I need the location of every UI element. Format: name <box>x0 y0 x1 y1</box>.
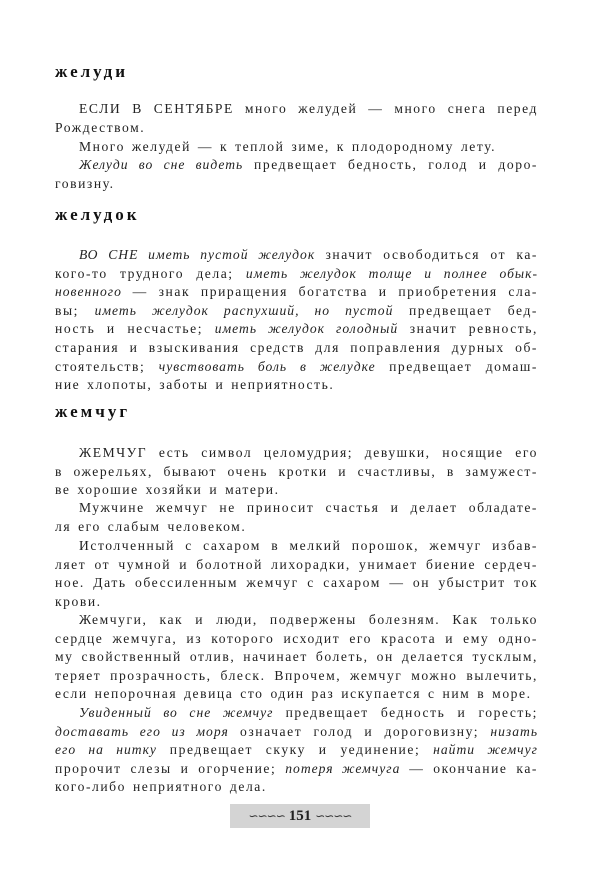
text-line: кого-то трудного дела; иметь желудок тол… <box>55 265 538 284</box>
entry-heading: жемчуг <box>55 402 130 422</box>
italic-phrase: Увиденный во сне жемчуг <box>79 705 273 720</box>
text-run: предвещает бедность и горесть; <box>273 705 538 720</box>
italic-phrase: потеря жемчуга <box>285 761 400 776</box>
text-run: значит освободиться от ка- <box>315 247 538 262</box>
text-run: предвещает домаш- <box>376 359 538 374</box>
text-run: ЕСЛИ В СЕНТЯБРЕ много желудей — много сн… <box>79 101 538 116</box>
entry-paragraph: ЕСЛИ В СЕНТЯБРЕ много желудей — много сн… <box>55 100 538 137</box>
text-line: Рождеством. <box>55 119 538 138</box>
text-line: ное. Дать обессиленным жемчуг с сахаром … <box>55 574 538 593</box>
italic-phrase: иметь желудок распухший, но пустой <box>95 303 394 318</box>
page-footer: ∽∽∽∽ 151 ∽∽∽∽ <box>230 804 370 828</box>
text-line: говизну. <box>55 175 538 194</box>
text-line: Увиденный во сне жемчуг предвещает бедно… <box>55 704 538 723</box>
text-run: сердце жемчуга, из которого исходит его … <box>55 631 538 646</box>
text-line: доставать его из моря означает голод и д… <box>55 723 538 742</box>
text-line: ЕСЛИ В СЕНТЯБРЕ много желудей — много сн… <box>55 100 538 119</box>
text-run: вы; <box>55 303 95 318</box>
italic-phrase: иметь желудок голодный <box>215 321 398 336</box>
italic-phrase: иметь желудок толще и полнее обык- <box>246 266 538 281</box>
text-run: пророчит слезы и огорчение; <box>55 761 285 776</box>
entry-paragraph: Мужчине жемчуг не приносит счастья и дел… <box>55 499 538 536</box>
entry-paragraph: Желуди во сне видеть предвещает бедность… <box>55 156 538 193</box>
text-line: стоятельств; чувствовать боль в желудке … <box>55 358 538 377</box>
text-line: вы; иметь желудок распухший, но пустой п… <box>55 302 538 321</box>
text-run: Жемчуги, как и люди, подвержены болезням… <box>79 612 538 627</box>
text-run: ля его слабым человеком. <box>55 519 246 534</box>
text-run: ЖЕМЧУГ есть символ целомудрия; девушки, … <box>79 445 538 460</box>
text-line: му свойственный отлив, начинает болеть, … <box>55 648 538 667</box>
text-line: ВО СНЕ иметь пустой желудок значит освоб… <box>55 246 538 265</box>
text-run: ве хорошие хозяйки и матери. <box>55 482 280 497</box>
text-run: предвещает бедность, голод и доро- <box>243 157 538 172</box>
entry-paragraph: Увиденный во сне жемчуг предвещает бедно… <box>55 704 538 797</box>
text-line: Много желудей — к теплой зиме, к плодоро… <box>55 138 538 157</box>
text-run: значит ревность, <box>398 321 538 336</box>
text-run: кого-либо неприятного дела. <box>55 779 267 794</box>
text-line: ЖЕМЧУГ есть символ целомудрия; девушки, … <box>55 444 538 463</box>
text-run: говизну. <box>55 176 115 191</box>
text-run: ность и несчастье; <box>55 321 215 336</box>
italic-phrase: Желуди во сне видеть <box>79 157 243 172</box>
text-run: Истолченный с сахаром в мелкий порошок, … <box>79 538 538 553</box>
entry-heading: желуди <box>55 62 128 82</box>
text-line: в ожерельях, бывают очень кротки и счаст… <box>55 463 538 482</box>
text-line: его на нитку предвещает скуку и уединени… <box>55 741 538 760</box>
entry-paragraph: ВО СНЕ иметь пустой желудок значит освоб… <box>55 246 538 395</box>
text-line: ве хорошие хозяйки и матери. <box>55 481 538 500</box>
text-line: ние хлопоты, заботы и неприятность. <box>55 376 538 395</box>
text-run: — окончание ка- <box>400 761 538 776</box>
text-line: Мужчине жемчуг не приносит счастья и дел… <box>55 499 538 518</box>
text-run: ние хлопоты, заботы и неприятность. <box>55 377 334 392</box>
italic-phrase: низать <box>490 724 538 739</box>
text-run: ное. Дать обессиленным жемчуг с сахаром … <box>55 575 538 590</box>
text-line: крови. <box>55 593 538 612</box>
text-line: ляет от чумной и болотной лихорадки, уни… <box>55 556 538 575</box>
ornament-left-icon: ∽∽∽∽ <box>249 809 285 823</box>
text-line: старания и взыскивания средств для попра… <box>55 339 538 358</box>
italic-phrase: найти жемчуг <box>433 742 538 757</box>
text-run: ляет от чумной и болотной лихорадки, уни… <box>55 557 538 572</box>
text-run: кого-то трудного дела; <box>55 266 246 281</box>
text-run: предвещает бед- <box>393 303 538 318</box>
text-run: предвещает скуку и уединение; <box>157 742 433 757</box>
entry-paragraph: ЖЕМЧУГ есть символ целомудрия; девушки, … <box>55 444 538 500</box>
text-run: Мужчине жемчуг не приносит счастья и дел… <box>79 500 538 515</box>
text-run: му свойственный отлив, начинает болеть, … <box>55 649 538 664</box>
text-line: кого-либо неприятного дела. <box>55 778 538 797</box>
italic-phrase: его на нитку <box>55 742 157 757</box>
text-line: ность и несчастье; иметь желудок голодны… <box>55 320 538 339</box>
text-run: — знак приращения богатства и приобретен… <box>122 284 538 299</box>
italic-phrase: доставать его из моря <box>55 724 229 739</box>
page-number: 151 <box>289 808 312 825</box>
text-run: старания и взыскивания средств для попра… <box>55 340 538 355</box>
text-run: означает голод и дороговизну; <box>229 724 491 739</box>
text-line: теряет прозрачность, блеск. Впрочем, жем… <box>55 667 538 686</box>
text-run: если непорочная девица сто один раз иску… <box>55 686 532 701</box>
entry-heading: желудок <box>55 205 140 225</box>
entry-paragraph: Истолченный с сахаром в мелкий порошок, … <box>55 537 538 611</box>
text-line: пророчит слезы и огорчение; потеря жемчу… <box>55 760 538 779</box>
text-line: сердце жемчуга, из которого исходит его … <box>55 630 538 649</box>
text-run: Рождеством. <box>55 120 145 135</box>
text-run: теряет прозрачность, блеск. Впрочем, жем… <box>55 668 538 683</box>
text-run: крови. <box>55 594 102 609</box>
text-line: Жемчуги, как и люди, подвержены болезням… <box>55 611 538 630</box>
entry-paragraph: Жемчуги, как и люди, подвержены болезням… <box>55 611 538 704</box>
text-run: Много желудей — к теплой зиме, к плодоро… <box>79 139 496 154</box>
entry-paragraph: Много желудей — к теплой зиме, к плодоро… <box>55 138 538 157</box>
text-line: Желуди во сне видеть предвещает бедность… <box>55 156 538 175</box>
ornament-right-icon: ∽∽∽∽ <box>315 809 351 823</box>
italic-phrase: чувствовать боль в желудке <box>159 359 376 374</box>
italic-phrase: ВО СНЕ иметь пустой желудок <box>79 247 315 262</box>
text-line: ля его слабым человеком. <box>55 518 538 537</box>
italic-phrase: новенного <box>55 284 122 299</box>
text-run: в ожерельях, бывают очень кротки и счаст… <box>55 464 538 479</box>
text-line: Истолченный с сахаром в мелкий порошок, … <box>55 537 538 556</box>
text-run: стоятельств; <box>55 359 159 374</box>
text-line: если непорочная девица сто один раз иску… <box>55 685 538 704</box>
text-line: новенного — знак приращения богатства и … <box>55 283 538 302</box>
